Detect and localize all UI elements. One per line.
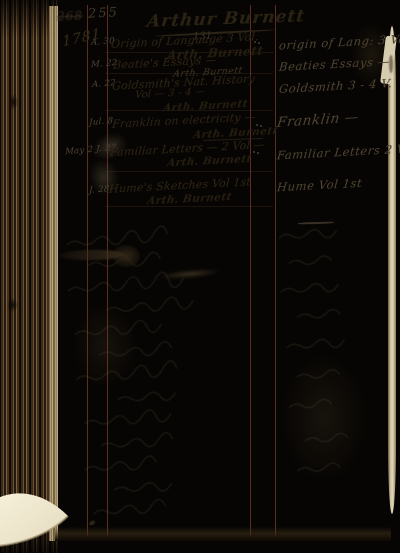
book-binding-page-stack [0,0,58,553]
ditto-mark [253,151,255,153]
ledger-photograph: 268 255 Arthur Burnett 131 1781 A. 30 Or… [0,0,400,553]
page-keeper-pointer [0,486,82,553]
ditto-mark [256,124,258,126]
ledger-page: 268 255 Arthur Burnett 131 1781 A. 30 Or… [55,5,390,536]
binding-knot [7,298,18,312]
rule-line-left-margin [87,5,88,536]
entry-date: Jul. 8 [89,116,113,128]
ink-smear-blob [113,245,140,267]
rule-line-gutter-right [275,5,276,536]
ditto-mark [254,41,256,43]
facing-page-edge-mark [389,55,393,73]
crossed-out-page-number: 268 [57,9,83,24]
page-bottom-shadow [55,527,391,541]
binding-knot [9,94,18,110]
page-number: 255 [88,5,120,22]
facing-page-edge [388,26,396,514]
entry-date: J. 28 [89,184,110,196]
